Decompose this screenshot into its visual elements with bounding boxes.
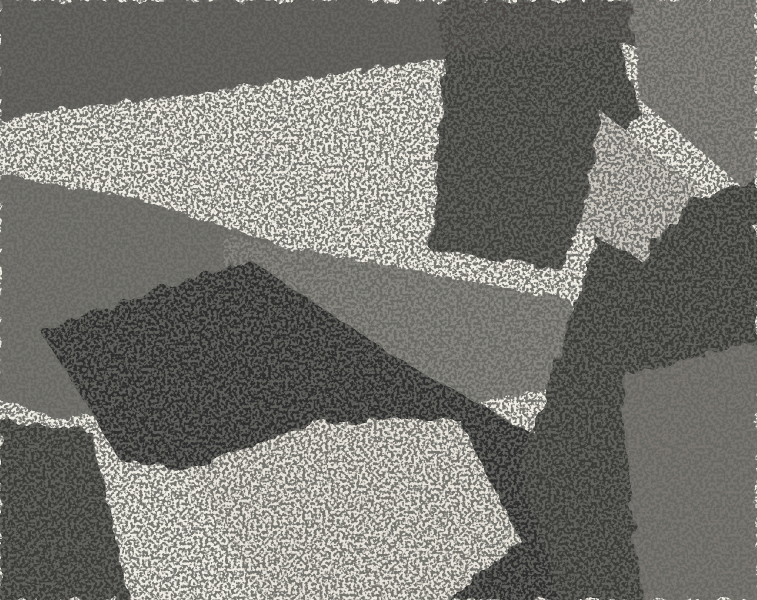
paper-grain bbox=[0, 0, 757, 600]
print-artwork bbox=[0, 0, 757, 600]
abstract-print bbox=[0, 0, 757, 600]
